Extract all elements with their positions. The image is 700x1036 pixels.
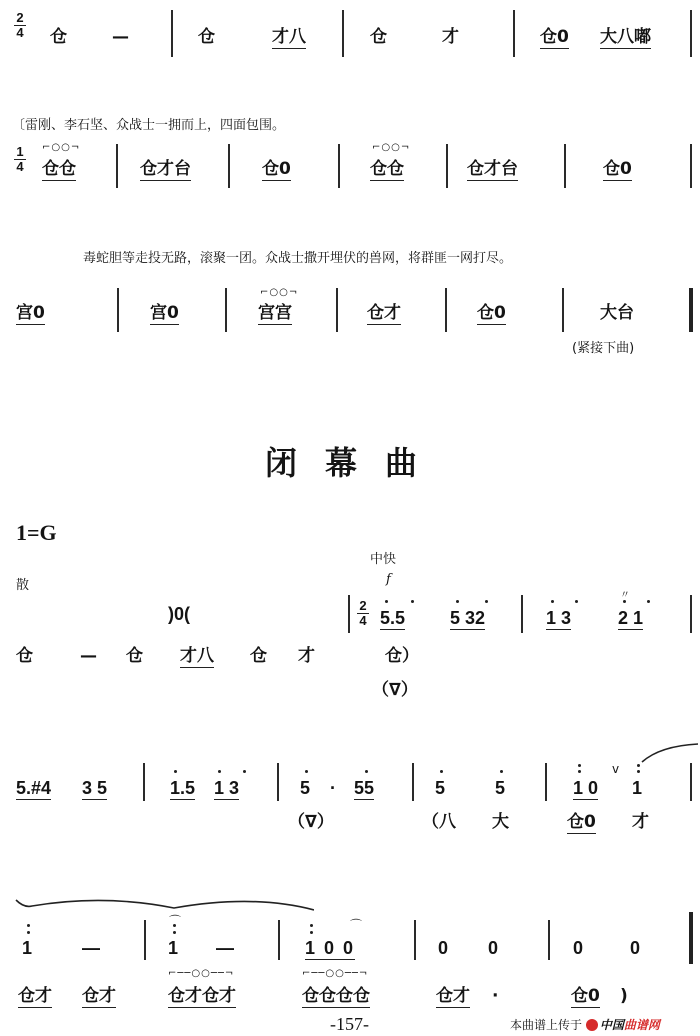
bar-line xyxy=(690,144,692,188)
watermark-prefix: 本曲谱上传于 xyxy=(510,1018,582,1032)
dash-token: — xyxy=(80,646,97,666)
bar-line xyxy=(564,144,566,188)
site-logo-icon xyxy=(586,1019,598,1031)
rest-note: 0 xyxy=(630,938,640,958)
octave-dot xyxy=(578,770,581,773)
bar-line xyxy=(548,920,550,960)
bar-line xyxy=(117,288,119,332)
watermark: 本曲谱上传于 中国曲谱网 xyxy=(510,1016,660,1033)
melody-note: 1 xyxy=(632,778,642,798)
bar-line xyxy=(690,595,692,633)
octave-dot xyxy=(305,770,308,773)
melody-dot: · xyxy=(330,778,336,798)
slur-curve xyxy=(14,898,314,922)
octave-dot xyxy=(411,600,414,603)
octave-dot xyxy=(385,600,388,603)
perc-token: 才 xyxy=(632,812,649,832)
free-rhythm-marker: )0( xyxy=(168,604,190,624)
bar-line xyxy=(278,920,280,960)
slur-curve xyxy=(640,742,700,764)
dynamic-marking: f xyxy=(386,572,391,588)
perc-token: 仓才 xyxy=(82,986,116,1008)
melody-note: 5.5 xyxy=(380,608,405,630)
perc-token: 宫0 xyxy=(150,303,179,325)
bar-line xyxy=(342,10,344,57)
perc-token: 仓才 xyxy=(436,986,470,1008)
bar-line xyxy=(171,10,173,57)
octave-dot xyxy=(27,931,30,934)
melody-note: 1.5 xyxy=(170,778,195,800)
bar-line xyxy=(348,595,350,633)
stage-direction: 〔雷刚、李石坚、众战士一拥而上，四面包围。 xyxy=(12,118,285,134)
section-title: 闭幕曲 xyxy=(265,438,445,484)
bar-line xyxy=(228,144,230,188)
perc-token: 仓仓 xyxy=(42,159,76,181)
octave-dot xyxy=(310,931,313,934)
perc-token: （八 xyxy=(422,812,456,832)
bar-line xyxy=(277,763,279,801)
perc-token: 仓0 xyxy=(567,812,596,834)
octave-dot xyxy=(173,931,176,934)
time-signature-1-4: 14 xyxy=(14,146,26,173)
bar-line xyxy=(144,920,146,960)
dash-token: — xyxy=(112,27,129,47)
final-bar-line xyxy=(689,288,693,332)
perc-token: 才 xyxy=(298,646,315,666)
octave-dot xyxy=(578,764,581,767)
perc-token: 仓 xyxy=(126,646,143,666)
perc-token: 仓仓 xyxy=(370,159,404,181)
breath-mark: （∇） xyxy=(288,812,334,832)
melody-note: 5 xyxy=(495,778,505,798)
perc-token: 仓） xyxy=(385,646,419,666)
octave-dot xyxy=(551,600,554,603)
rest-note: 0 xyxy=(488,938,498,958)
bar-line xyxy=(446,144,448,188)
perc-token: 才 xyxy=(442,27,459,47)
bar-line xyxy=(336,288,338,332)
perc-token: 大 xyxy=(492,812,509,832)
ornament-mark: ⌐○○¬ xyxy=(260,287,298,298)
melody-note: 55 xyxy=(354,778,374,800)
bar-line xyxy=(412,763,414,801)
melody-note: 2 1 xyxy=(618,608,643,630)
watermark-site-a: 中国 xyxy=(600,1018,624,1032)
octave-dot xyxy=(218,770,221,773)
perc-token: 仓0 xyxy=(571,986,600,1008)
melody-note: 5 32 xyxy=(450,608,485,630)
perc-token: 仓才仓才 xyxy=(168,986,236,1008)
bar-line xyxy=(690,763,692,801)
melody-note: 1 0 xyxy=(573,778,598,800)
bar-line xyxy=(562,288,564,332)
perc-token: 宫0 xyxy=(16,303,45,325)
perc-token: 仓才 xyxy=(18,986,52,1008)
stage-direction: 毒蛇胆等走投无路，滚聚一团。众战士撒开埋伏的兽网，将群匪一网打尽。 xyxy=(83,251,512,267)
melody-note: 5.#4 xyxy=(16,778,51,800)
perc-token: 大台 xyxy=(600,303,634,323)
octave-dot xyxy=(485,600,488,603)
perc-token: 才八 xyxy=(180,646,214,668)
dash-token: — xyxy=(216,938,234,958)
melody-note: 1 3 xyxy=(546,608,571,630)
bar-line xyxy=(414,920,416,960)
octave-dot xyxy=(174,770,177,773)
octave-dot xyxy=(637,770,640,773)
octave-dot xyxy=(647,600,650,603)
perc-token: 仓才台 xyxy=(467,159,518,181)
octave-dot xyxy=(365,770,368,773)
perc-token: 仓0 xyxy=(540,27,569,49)
bar-line xyxy=(338,144,340,188)
bar-line xyxy=(225,288,227,332)
octave-dot xyxy=(637,764,640,767)
perc-token: 仓 xyxy=(50,27,67,47)
perc-token: 仓 xyxy=(370,27,387,47)
octave-dot xyxy=(575,600,578,603)
perc-token: 宫宫 xyxy=(258,303,292,325)
melody-note: 3 5 xyxy=(82,778,107,800)
perc-token: 仓才台 xyxy=(140,159,191,181)
melody-note: 1 0 0 xyxy=(305,938,355,960)
final-bar-line xyxy=(689,912,693,964)
melody-note: 1 xyxy=(22,938,32,958)
bar-line xyxy=(521,595,523,633)
perc-token: 仓才 xyxy=(367,303,401,325)
octave-dot xyxy=(27,924,30,927)
rest-note: 0 xyxy=(573,938,583,958)
breath-mark: v xyxy=(612,762,620,776)
octave-dot xyxy=(243,770,246,773)
ornament-mark: 〃 xyxy=(620,586,631,601)
perc-token: 仓仓仓仓 xyxy=(302,986,370,1008)
octave-dot xyxy=(500,770,503,773)
watermark-site-b: 曲谱网 xyxy=(624,1018,660,1032)
perc-token: 仓 xyxy=(198,27,215,47)
closing-paren: ) xyxy=(620,986,628,1006)
perc-token: 仓0 xyxy=(262,159,291,181)
ornament-mark: ⌐──○○──¬ xyxy=(168,968,234,979)
perc-token: 仓0 xyxy=(477,303,506,325)
time-signature-2-4: 24 xyxy=(357,600,369,627)
octave-dot xyxy=(440,770,443,773)
perc-token: 仓0 xyxy=(603,159,632,181)
fermata: ⌒ xyxy=(350,916,363,933)
perc-token: 大八嘟 xyxy=(600,27,651,49)
perc-dot: · xyxy=(492,986,498,1006)
melody-note: 5 xyxy=(300,778,310,798)
ornament-mark: ⌐──○○──¬ xyxy=(302,968,368,979)
bar-line xyxy=(545,763,547,801)
perc-token: 仓 xyxy=(16,646,33,666)
ornament-mark: ⌐○○¬ xyxy=(372,142,410,153)
breath-mark: （∇） xyxy=(372,680,418,700)
time-signature-2-4: 24 xyxy=(14,12,26,39)
page-number: -157- xyxy=(330,1014,369,1035)
bar-line xyxy=(116,144,118,188)
tempo-marking: 中快 xyxy=(370,552,396,568)
melody-note: 1 xyxy=(168,938,178,958)
rest-note: 0 xyxy=(438,938,448,958)
octave-dot xyxy=(623,600,626,603)
tempo-free: 散 xyxy=(16,578,29,594)
perc-token: 仓 xyxy=(250,646,267,666)
bar-line xyxy=(445,288,447,332)
octave-dot xyxy=(173,924,176,927)
octave-dot xyxy=(310,924,313,927)
melody-note: 1 3 xyxy=(214,778,239,800)
perc-token: 才八 xyxy=(272,27,306,49)
key-signature: 1=G xyxy=(16,520,57,546)
ornament-mark: ⌐○○¬ xyxy=(42,142,80,153)
bar-line xyxy=(513,10,515,57)
melody-note: 5 xyxy=(435,778,445,798)
octave-dot xyxy=(456,600,459,603)
bar-line xyxy=(690,10,692,57)
continuation-note: (紧接下曲) xyxy=(572,341,634,357)
bar-line xyxy=(143,763,145,801)
dash-token: — xyxy=(82,938,100,958)
